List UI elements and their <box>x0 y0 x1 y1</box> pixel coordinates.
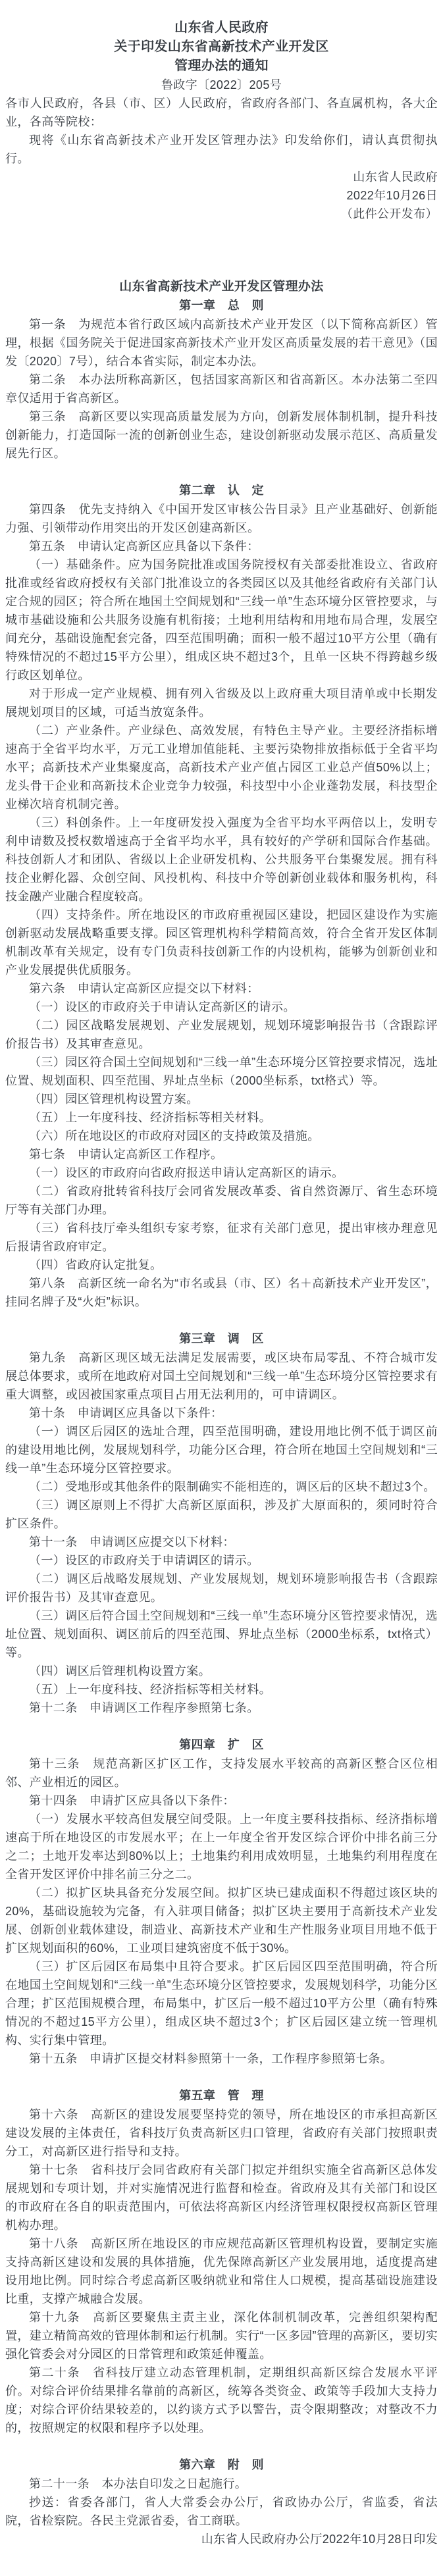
chapter: 第三章 调 区 第九条 高新区现区域无法满足发展需要，或区块布局零乱、不符合城市… <box>5 1329 438 1717</box>
chapter-paragraphs: 第四条 优先支持纳入《中国开发区审核公告目录》且产业基础好、创新能力强、引领带动… <box>5 500 438 1311</box>
article-paragraph: 第二条 本办法所称高新区，包括国家高新区和省高新区。本办法第二至四章仅适用于省高… <box>5 371 438 407</box>
article-paragraph: （四）园区管理机构设置方案。 <box>5 1090 438 1108</box>
article-paragraph: 第十一条 申请调区应提交以下材料： <box>5 1533 438 1551</box>
article-paragraph: 第十三条 规范高新区扩区工作，支持发展水平较高的高新区整合区位相邻、产业相近的园… <box>5 1755 438 1791</box>
article-paragraph: （四）支持条件。所在地设区的市政府重视园区建设，把园区建设作为实施创新驱动发展战… <box>5 906 438 979</box>
article-paragraph: （一）设区的市政府向省政府报送申请认定高新区的请示。 <box>5 1164 438 1182</box>
measure-title: 山东省高新技术产业开发区管理办法 <box>5 277 438 296</box>
chapter-paragraphs: 第十六条 高新区的建设发展要坚持党的领导，所在地设区的市承担高新区建设发展的主体… <box>5 2105 438 2437</box>
chapter-heading: 第五章 管 理 <box>5 2086 438 2105</box>
article-paragraph: 第十八条 高新区所在地设区的市应规范高新区管理机构设置，要制定实施支持高新区建设… <box>5 2234 438 2308</box>
article-paragraph: （三）科创条件。上一年度研发投入强度为全省平均水平两倍以上，发明专利申请数及授权… <box>5 813 438 906</box>
article-paragraph: （一）调区后园区的选址合理，四至范围明确，建设用地比例不低于调区前的建设用地比例… <box>5 1422 438 1478</box>
article-paragraph: 第八条 高新区统一命名为“市名或县（市、区）名＋高新技术产业开发区”，挂同名牌子… <box>5 1274 438 1311</box>
article-paragraph: 第九条 高新区现区域无法满足发展需要，或区块布局零乱、不符合城市发展总体要求，或… <box>5 1349 438 1404</box>
article-paragraph: 第四条 优先支持纳入《中国开发区审核公告目录》且产业基础好、创新能力强、引领带动… <box>5 500 438 537</box>
chapter-heading: 第三章 调 区 <box>5 1329 438 1349</box>
article-paragraph: （二）省政府批转省科技厅会同省发展改革委、省自然资源厅、省生态环境厅等有关部门办… <box>5 1182 438 1219</box>
article-paragraph: （一）基础条件。应为国务院批准或国务院授权有关部委批准设立、省政府批准或经省政府… <box>5 555 438 684</box>
article-paragraph: 第五条 申请认定高新区应具备以下条件： <box>5 537 438 555</box>
chapter: 第二章 认 定 第四条 优先支持纳入《中国开发区审核公告目录》且产业基础好、创新… <box>5 481 438 1311</box>
article-paragraph: （四）调区后管理机构设置方案。 <box>5 1662 438 1680</box>
article-paragraph: （六）所在地设区的市政府对园区的支持政策及措施。 <box>5 1127 438 1145</box>
article-paragraph: （三）园区符合国土空间规划和“三线一单”生态环境分区管控要求情况，选址位置、规划… <box>5 1053 438 1090</box>
article-paragraph: 第十七条 省科技厅会同省政府有关部门拟定并组织实施全省高新区总体发展规划和专项计… <box>5 2161 438 2234</box>
article-paragraph: 对于形成一定产业规模、拥有列入省级及以上政府重大项目清单或中长期发展规划项目的区… <box>5 684 438 721</box>
signature-line: 山东省人民政府 <box>5 168 438 186</box>
article-paragraph: （二）受地形或其他条件的限制确实不能相连的，调区后的区块不超过3个。 <box>5 1478 438 1496</box>
chapter-heading: 第六章 附 则 <box>5 2456 438 2475</box>
article-paragraph: 第十二条 申请调区工作程序参照第七条。 <box>5 1699 438 1717</box>
article-paragraph: （一）设区的市政府关于申请认定高新区的请示。 <box>5 998 438 1016</box>
chapter-paragraphs: 第一条 为规范本省行政区域内高新技术产业开发区（以下简称高新区）管理，根据《国务… <box>5 315 438 463</box>
document: 山东省人民政府 关于印发山东省高新技术产业开发区 管理办法的通知 鲁政字〔202… <box>0 0 443 2576</box>
article-paragraph: （一）发展水平较高但发展空间受限。上一年度主要科技指标、经济指标增速高于所在地设… <box>5 1810 438 1884</box>
article-paragraph: （二）拟扩区块具备充分发展空间。拟扩区块已建成面积不得超过该区块的20%，基础设… <box>5 1884 438 1957</box>
signature-block: 山东省人民政府 2022年10月26日 （此件公开发布） <box>5 168 438 223</box>
article-paragraph: 第七条 申请认定高新区工作程序。 <box>5 1145 438 1164</box>
article-paragraph: （五）上一年度科技、经济指标等相关材料。 <box>5 1108 438 1127</box>
doc-footer: 山东省人民政府办公厅2022年10月28日印发 <box>5 2530 438 2548</box>
chapter: 第六章 附 则 第二十一条 本办法自印发之日起施行。 抄送：省委各部门，省人大常… <box>5 2456 438 2530</box>
signature-line: （此件公开发布） <box>5 205 438 223</box>
article-paragraph: （二）调区后战略发展规划、产业发展规划，规划环境影响报告书（含跟踪评价报告书）及… <box>5 1570 438 1607</box>
article-paragraph: 第二十条 省科技厅建立动态管理机制，定期组织高新区综合发展水平评价。对综合评价结… <box>5 2363 438 2437</box>
issue-note: 山东省人民政府办公厅2022年10月28日印发 <box>5 2530 438 2548</box>
notice-title-line: 山东省人民政府 <box>5 18 438 38</box>
article-paragraph: （三）省科技厅牵头组织专家考察，征求有关部门意见，提出审核办理意见后报请省政府审… <box>5 1219 438 1256</box>
notice-body: 现将《山东省高新技术产业开发区管理办法》印发给你们，请认真贯彻执行。 <box>5 131 438 168</box>
chapter: 第四章 扩 区 第十三条 规范高新区扩区工作，支持发展水平较高的高新区整合区位相… <box>5 1736 438 2068</box>
article-paragraph: 第十六条 高新区的建设发展要坚持党的领导，所在地设区的市承担高新区建设发展的主体… <box>5 2105 438 2161</box>
article-paragraph: （三）调区原则上不得扩大高新区原面积，涉及扩大原面积的，须同时符合扩区条件。 <box>5 1496 438 1533</box>
article-paragraph: 抄送：省委各部门，省人大常委会办公厅，省政协办公厅，省监委，省法院，省检察院。各… <box>5 2493 438 2530</box>
article-paragraph: （四）省政府认定批复。 <box>5 1256 438 1274</box>
notice-title: 山东省人民政府 关于印发山东省高新技术产业开发区 管理办法的通知 <box>5 18 438 76</box>
article-paragraph: 第十四条 申请扩区应具备以下条件： <box>5 1791 438 1810</box>
article-paragraph: 第二十一条 本办法自印发之日起施行。 <box>5 2475 438 2493</box>
notice-title-line: 关于印发山东省高新技术产业开发区 <box>5 38 438 57</box>
measure-body: 山东省高新技术产业开发区管理办法 第一章 总 则 第一条 为规范本省行政区域内高… <box>5 277 438 2530</box>
chapter-heading: 第四章 扩 区 <box>5 1736 438 1755</box>
page: { "header": { "title_lines": [ "山东省人民政府"… <box>0 0 443 2576</box>
chapter-heading: 第二章 认 定 <box>5 481 438 500</box>
article-paragraph: 第十条 申请调区应具备以下条件： <box>5 1404 438 1422</box>
article-paragraph: （二）产业条件。产业绿色、高效发展，有特色主导产业。主要经济指标增速高于全省平均… <box>5 721 438 813</box>
doc-number: 鲁政字〔2022〕205号 <box>5 76 438 94</box>
article-paragraph: 第六条 申请认定高新区应提交以下材料： <box>5 979 438 998</box>
article-paragraph: （五）上一年度科技、经济指标等相关材料。 <box>5 1680 438 1699</box>
chapter-list: 第一章 总 则 第一条 为规范本省行政区域内高新技术产业开发区（以下简称高新区）… <box>5 296 438 2530</box>
article-paragraph: （三）调区后符合国土空间规划和“三线一单”生态环境分区管控要求情况，选址位置、规… <box>5 1607 438 1662</box>
article-paragraph: 第十九条 高新区要聚焦主责主业，深化体制机制改革，完善组织架构配置，建立精简高效… <box>5 2308 438 2363</box>
notice-title-line: 管理办法的通知 <box>5 57 438 76</box>
chapter-paragraphs: 第十三条 规范高新区扩区工作，支持发展水平较高的高新区整合区位相邻、产业相近的园… <box>5 1755 438 2068</box>
salutation: 各市人民政府，各县（市、区）人民政府，省政府各部门、各直属机构，各大企业，各高等… <box>5 94 438 131</box>
notice-header: 山东省人民政府 关于印发山东省高新技术产业开发区 管理办法的通知 鲁政字〔202… <box>5 18 438 223</box>
article-paragraph: （三）扩区后园区布局集中且符合要求。扩区后园区四至范围明确，符合所在地国土空间规… <box>5 1957 438 2049</box>
chapter-paragraphs: 第九条 高新区现区域无法满足发展需要，或区块布局零乱、不符合城市发展总体要求，或… <box>5 1349 438 1717</box>
article-paragraph: 第三条 高新区要以实现高质量发展为方向，创新发展体制机制，提升科技创新能力，打造… <box>5 407 438 463</box>
article-paragraph: 第一条 为规范本省行政区域内高新技术产业开发区（以下简称高新区）管理，根据《国务… <box>5 315 438 371</box>
chapter: 第五章 管 理 第十六条 高新区的建设发展要坚持党的领导，所在地设区的市承担高新… <box>5 2086 438 2437</box>
article-paragraph: 第十五条 申请扩区提交材料参照第十一条，工作程序参照第七条。 <box>5 2049 438 2068</box>
signature-line: 2022年10月26日 <box>5 186 438 205</box>
chapter-heading: 第一章 总 则 <box>5 296 438 315</box>
article-paragraph: （二）园区战略发展规划、产业发展规划，规划环境影响报告书（含跟踪评价报告书）及其… <box>5 1016 438 1053</box>
chapter: 第一章 总 则 第一条 为规范本省行政区域内高新技术产业开发区（以下简称高新区）… <box>5 296 438 463</box>
chapter-paragraphs: 第二十一条 本办法自印发之日起施行。 抄送：省委各部门，省人大常委会办公厅，省政… <box>5 2475 438 2530</box>
article-paragraph: （一）设区的市政府关于申请调区的请示。 <box>5 1551 438 1570</box>
